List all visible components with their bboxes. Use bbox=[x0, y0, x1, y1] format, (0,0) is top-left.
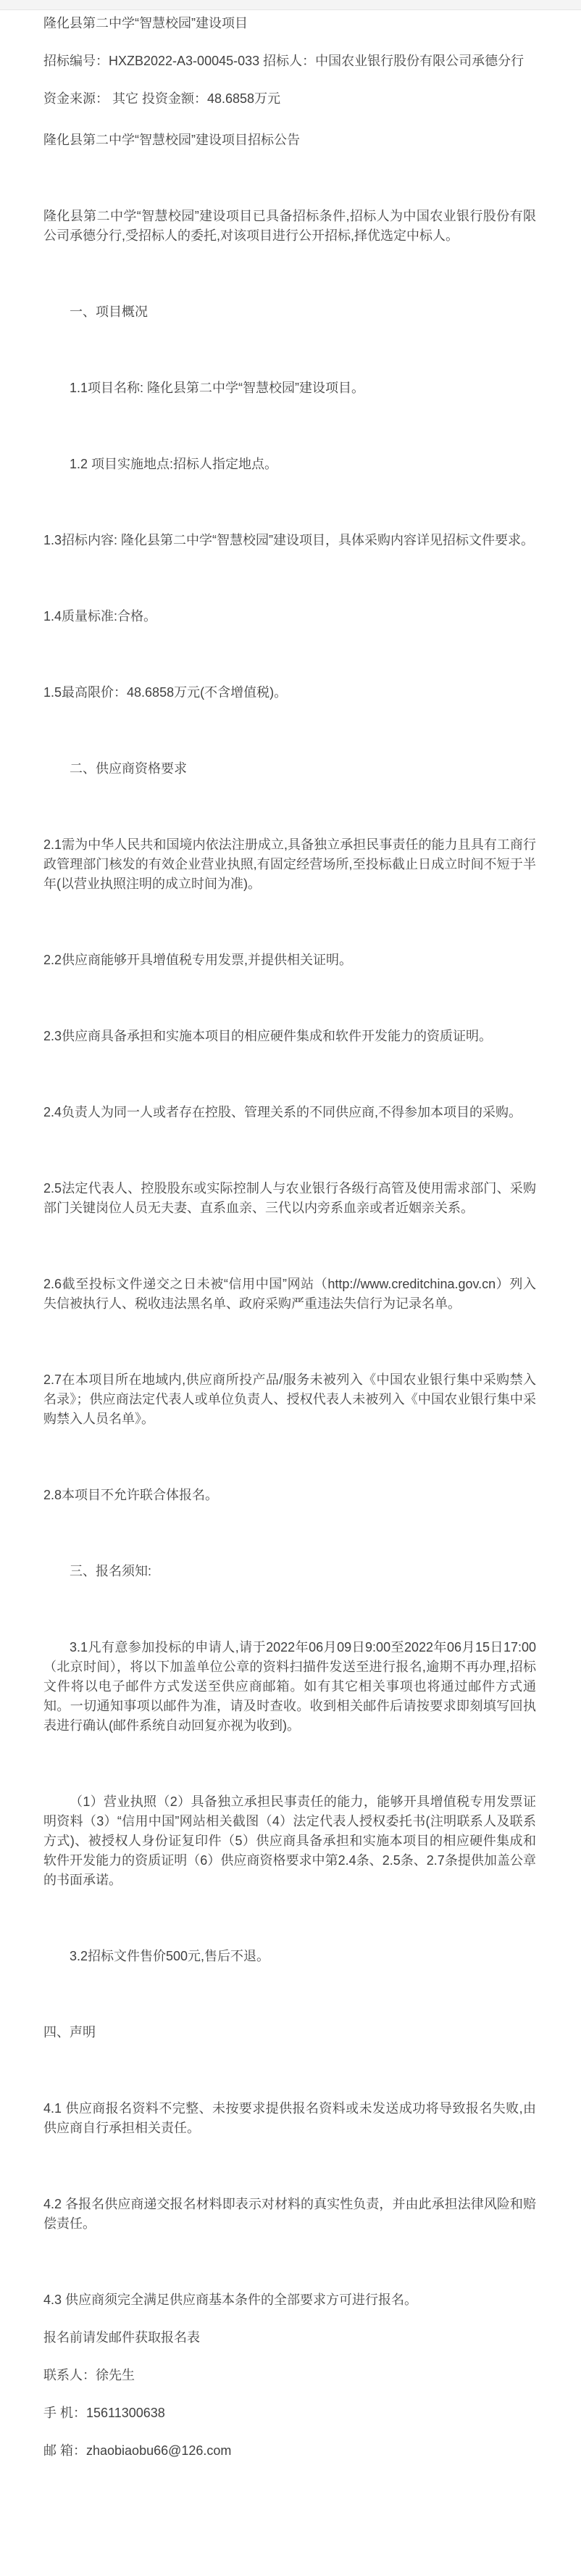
paragraph: 1.3招标内容: 隆化县第二中学“智慧校园”建设项目，具体采购内容详见招标文件要… bbox=[43, 531, 536, 550]
section-1-heading: 一、项目概况 bbox=[43, 302, 536, 322]
paragraph: 2.7在本项目所在地域内,供应商所投产品/服务未被列入《中国农业银行集中采购禁入… bbox=[43, 1370, 536, 1429]
paragraph: 4.3 供应商须完全满足供应商基本条件的全部要求方可进行报名。 bbox=[43, 2290, 536, 2310]
section-3-heading: 三、报名须知: bbox=[43, 1562, 536, 1581]
document-body: 隆化县第二中学“智慧校园”建设项目招标编号：HXZB2022-A3-00045-… bbox=[0, 10, 581, 2517]
paragraph: 2.6截至投标文件递交之日未被“信用中国”网站（http://www.credi… bbox=[43, 1275, 536, 1314]
paragraph: 3.2招标文件售价500元,售后不退。 bbox=[43, 1947, 536, 1966]
paragraph: 1.1项目名称: 隆化县第二中学“智慧校园”建设项目。 bbox=[43, 378, 536, 398]
paragraph: 2.2供应商能够开具增值税专用发票,并提供相关证明。 bbox=[43, 951, 536, 970]
paragraph: 2.5法定代表人、控股股东或实际控制人与农业银行各级行高管及使用需求部门、采购部… bbox=[43, 1179, 536, 1218]
paragraph: 隆化县第二中学“智慧校园”建设项目已具备招标条件,招标人为中国农业银行股份有限公… bbox=[43, 207, 536, 246]
contact-name: 联系人：徐先生 bbox=[43, 2366, 536, 2385]
tender-number-line: 招标编号：HXZB2022-A3-00045-033 招标人：中国农业银行股份有… bbox=[43, 51, 536, 71]
section-2-heading: 二、供应商资格要求 bbox=[43, 759, 536, 779]
contact-email: 邮 箱：zhaobiaobu66@126.com bbox=[43, 2441, 536, 2461]
paragraph: 2.1需为中华人民共和国境内依法注册成立,具备独立承担民事责任的能力且具有工商行… bbox=[43, 835, 536, 894]
funding-source-line: 资金来源： 其它 投资金额：48.6858万元 bbox=[43, 89, 536, 109]
paragraph: 4.1 供应商报名资料不完整、未按要求提供报名资料或未发送成功将导致报名失败,由… bbox=[43, 2099, 536, 2138]
paragraph: 2.3供应商具备承担和实施本项目的相应硬件集成和软件开发能力的资质证明。 bbox=[43, 1027, 536, 1046]
top-strip bbox=[0, 0, 581, 10]
paragraph: 3.1凡有意参加投标的申请人,请于2022年06月09日9:00至2022年06… bbox=[43, 1638, 536, 1736]
paragraph: 2.4负责人为同一人或者存在控股、管理关系的不同供应商,不得参加本项目的采购。 bbox=[43, 1103, 536, 1122]
paragraph: 2.8本项目不允许联合体报名。 bbox=[43, 1486, 536, 1505]
paragraph: 1.2 项目实施地点:招标人指定地点。 bbox=[43, 455, 536, 474]
registration-note: 报名前请发邮件获取报名表 bbox=[43, 2328, 536, 2348]
paragraph: 4.2 各报名供应商递交报名材料即表示对材料的真实性负责，并由此承担法律风险和赔… bbox=[43, 2195, 536, 2234]
contact-phone: 手 机：15611300638 bbox=[43, 2403, 536, 2423]
document-title: 隆化县第二中学“智慧校园”建设项目 bbox=[43, 14, 536, 33]
paragraph: 1.4质量标准:合格。 bbox=[43, 607, 536, 626]
document-page: 隆化县第二中学“智慧校园”建设项目招标编号：HXZB2022-A3-00045-… bbox=[0, 0, 581, 2517]
section-4-heading: 四、声明 bbox=[43, 2023, 536, 2042]
paragraph: 1.5最高限价：48.6858万元(不含增值税)。 bbox=[43, 683, 536, 703]
paragraph: （1）营业执照（2）具备独立承担民事责任的能力，能够开具增值税专用发票证明资料（… bbox=[43, 1792, 536, 1890]
announcement-title: 隆化县第二中学“智慧校园”建设项目招标公告 bbox=[43, 131, 536, 150]
